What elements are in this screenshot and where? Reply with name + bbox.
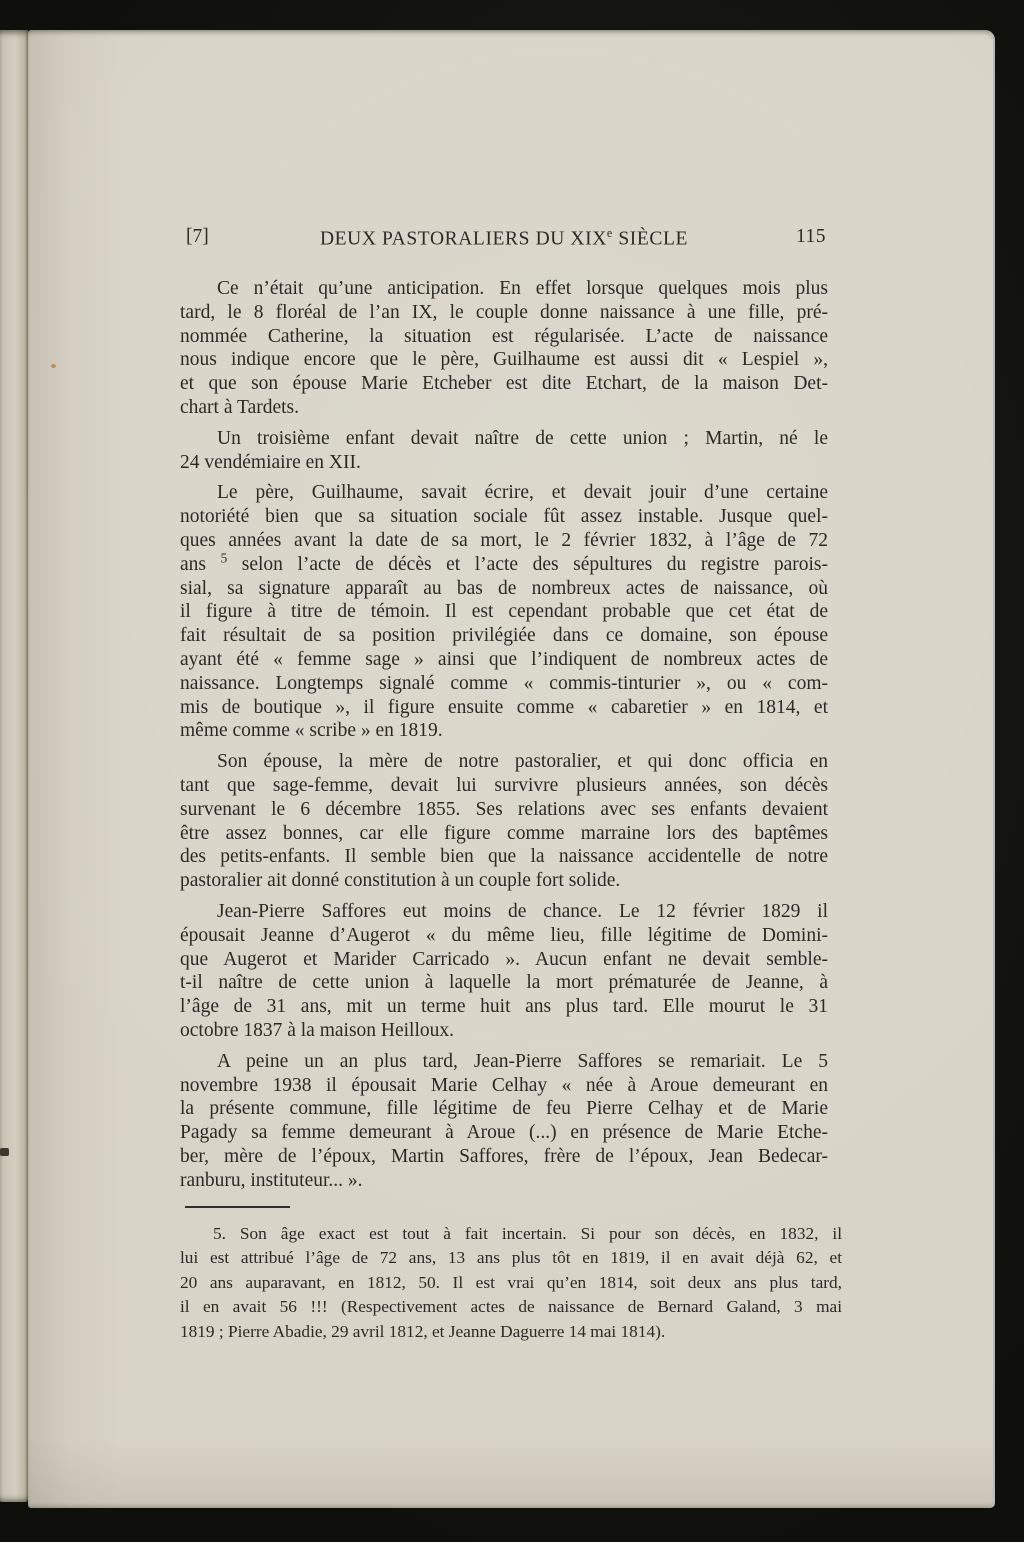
text-line: des petits-enfants. Il semble bien que l… xyxy=(180,845,828,869)
text-line: novembre 1938 il épousait Marie Celhay «… xyxy=(180,1074,828,1098)
text-line: ayant été « femme sage » ainsi que l’ind… xyxy=(180,648,828,672)
text-line: sial, sa signature apparaît au bas de no… xyxy=(180,577,828,601)
body-paragraph: Ce n’était qu’une anticipation. En effet… xyxy=(180,277,828,420)
text-line: Pagady sa femme demeurant à Aroue (...) … xyxy=(180,1121,828,1145)
text-line: être assez bonnes, car elle figure comme… xyxy=(180,822,828,846)
page-title-main: DEUX PASTORALIERS DU XIX xyxy=(320,229,607,250)
text-line: 5. Son âge exact est tout à fait incerta… xyxy=(180,1222,842,1246)
text-line: 20 ans auparavant, en 1812, 50. Il est v… xyxy=(180,1271,842,1295)
text-line: Un troisième enfant devait naître de cet… xyxy=(180,427,828,451)
body-text: Ce n’était qu’une anticipation. En effet… xyxy=(180,277,828,1199)
page-title: DEUX PASTORALIERS DU XIXe SIÈCLE xyxy=(180,226,828,251)
text-line: épousait Jeanne d’Augerot « du même lieu… xyxy=(180,924,828,948)
text-line: Ce n’était qu’une anticipation. En effet… xyxy=(180,277,828,301)
text-line: Son épouse, la mère de notre pastoralier… xyxy=(180,750,828,774)
body-paragraph: Le père, Guilhaume, savait écrire, et de… xyxy=(180,481,828,743)
text-line: A peine un an plus tard, Jean-Pierre Saf… xyxy=(180,1050,828,1074)
text-line: octobre 1837 à la maison Heilloux. xyxy=(180,1019,828,1043)
text-line: fait résultait de sa position privilégié… xyxy=(180,624,828,648)
text-line: nommée Catherine, la situation est régul… xyxy=(180,325,828,349)
text-line: 1819 ; Pierre Abadie, 29 avril 1812, et … xyxy=(180,1320,842,1344)
text-line: lui est attribué l’âge de 72 ans, 13 ans… xyxy=(180,1246,842,1270)
text-line: tant que sage-femme, devait lui survivre… xyxy=(180,774,828,798)
text-line: ques années avant la date de sa mort, le… xyxy=(180,529,828,553)
text-line: survenant le 6 décembre 1855. Ses relati… xyxy=(180,798,828,822)
text-line: et que son épouse Marie Etcheber est dit… xyxy=(180,372,828,396)
text-line: la présente commune, fille légitime de f… xyxy=(180,1097,828,1121)
book-left-page-edge xyxy=(0,30,28,1502)
page-blemish xyxy=(0,1148,9,1156)
page-header: [7] DEUX PASTORALIERS DU XIXe SIÈCLE 115 xyxy=(180,226,828,252)
text-line: même comme « scribe » en 1819. xyxy=(180,719,828,743)
text-line: que Augerot et Marider Carricado ». Aucu… xyxy=(180,948,828,972)
text-line: ranburu, instituteur... ». xyxy=(180,1169,828,1193)
text-line: tard, le 8 floréal de l’an IX, le couple… xyxy=(180,301,828,325)
book-page: [7] DEUX PASTORALIERS DU XIXe SIÈCLE 115… xyxy=(28,30,995,1508)
text-line: t-il naître de cette union à laquelle la… xyxy=(180,971,828,995)
text-line: notoriété bien que sa situation sociale … xyxy=(180,505,828,529)
text-line: Jean-Pierre Saffores eut moins de chance… xyxy=(180,900,828,924)
page-blemish xyxy=(51,364,56,368)
text-line: nous indique encore que le père, Guilhau… xyxy=(180,348,828,372)
body-paragraph: Jean-Pierre Saffores eut moins de chance… xyxy=(180,900,828,1043)
text-line: Le père, Guilhaume, savait écrire, et de… xyxy=(180,481,828,505)
text-line: 24 vendémiaire en XII. xyxy=(180,451,828,475)
text-line: naissance. Longtemps signalé comme « com… xyxy=(180,672,828,696)
footnote-divider xyxy=(185,1206,290,1208)
text-line: l’âge de 31 ans, mit un terme huit ans p… xyxy=(180,995,828,1019)
text-line: chart à Tardets. xyxy=(180,396,828,420)
page-title-rest: SIÈCLE xyxy=(613,229,688,250)
text-line: ans 5 selon l’acte de décès et l’acte de… xyxy=(180,553,828,577)
text-line: il en avait 56 !!! (Respectivement actes… xyxy=(180,1295,842,1319)
footnote: 5. Son âge exact est tout à fait incerta… xyxy=(180,1222,842,1344)
text-line: il figure à titre de témoin. Il est cepe… xyxy=(180,600,828,624)
text-line: pastoralier ait donné constitution à un … xyxy=(180,869,828,893)
body-paragraph: Un troisième enfant devait naître de cet… xyxy=(180,427,828,475)
text-line: ber, mère de l’époux, Martin Saffores, f… xyxy=(180,1145,828,1169)
body-paragraph: Son épouse, la mère de notre pastoralier… xyxy=(180,750,828,893)
body-paragraph: A peine un an plus tard, Jean-Pierre Saf… xyxy=(180,1050,828,1193)
header-page-number: 115 xyxy=(796,226,826,248)
text-line: mis de boutique », il figure ensuite com… xyxy=(180,696,828,720)
